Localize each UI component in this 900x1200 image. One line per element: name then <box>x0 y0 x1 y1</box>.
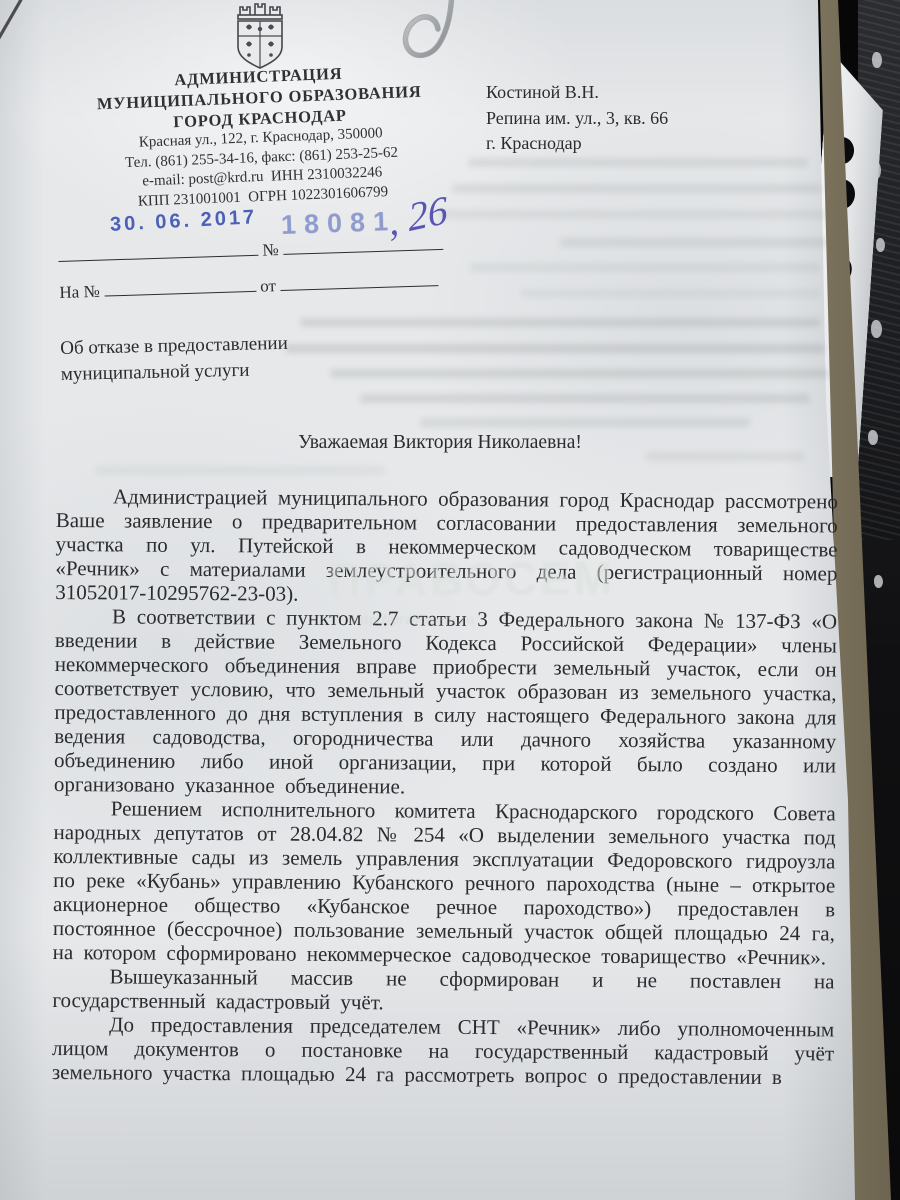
ot-label: от <box>260 276 276 295</box>
site-watermark-url: http://pravosem.ru <box>352 612 475 627</box>
salutation: Уважаемая Виктория Николаевна! <box>40 432 840 454</box>
number-symbol: № <box>262 240 279 260</box>
blank-line <box>104 276 256 297</box>
outgoing-number-line: № <box>58 233 478 267</box>
blank-line <box>280 270 438 291</box>
site-watermark: ПРАВОСЕМ <box>328 551 615 608</box>
body-paragraph: До предоставления председателем СНТ «Реч… <box>52 1012 834 1089</box>
addressee-name: Костиной В.Н. <box>486 80 668 106</box>
krasnodar-coat-of-arms-icon <box>226 2 292 72</box>
subject-block: Об отказе в предоставлении муниципальной… <box>60 329 381 388</box>
reference-lines: № На № от <box>58 233 480 318</box>
body-paragraph: Решением исполнительного комитета Красно… <box>53 796 836 969</box>
na-no-label: На № <box>59 282 100 302</box>
letterhead: АДМИНИСТРАЦИЯ МУНИЦИПАЛЬНОГО ОБРАЗОВАНИЯ… <box>62 58 459 214</box>
paperclip-icon <box>388 0 488 75</box>
addressee-city: г. Краснодар <box>486 131 668 157</box>
addressee-street: Репина им. ул., 3, кв. 66 <box>486 106 668 132</box>
incoming-number-line: На № от <box>59 269 479 303</box>
blank-line <box>58 240 258 262</box>
body-paragraph: В соответствии с пунктом 2.7 статьи 3 Фе… <box>54 604 837 801</box>
photo-of-letter: АДМИНИСТРАЦИЯ МУНИЦИПАЛЬНОГО ОБРАЗОВАНИЯ… <box>0 0 900 1200</box>
body-paragraph: Вышеуказанный массив не сформирован и не… <box>52 964 834 1017</box>
addressee-block: Костиной В.Н. Репина им. ул., 3, кв. 66 … <box>486 80 668 157</box>
wire-icon <box>0 0 28 40</box>
letter-content: АДМИНИСТРАЦИЯ МУНИЦИПАЛЬНОГО ОБРАЗОВАНИЯ… <box>0 0 900 1200</box>
